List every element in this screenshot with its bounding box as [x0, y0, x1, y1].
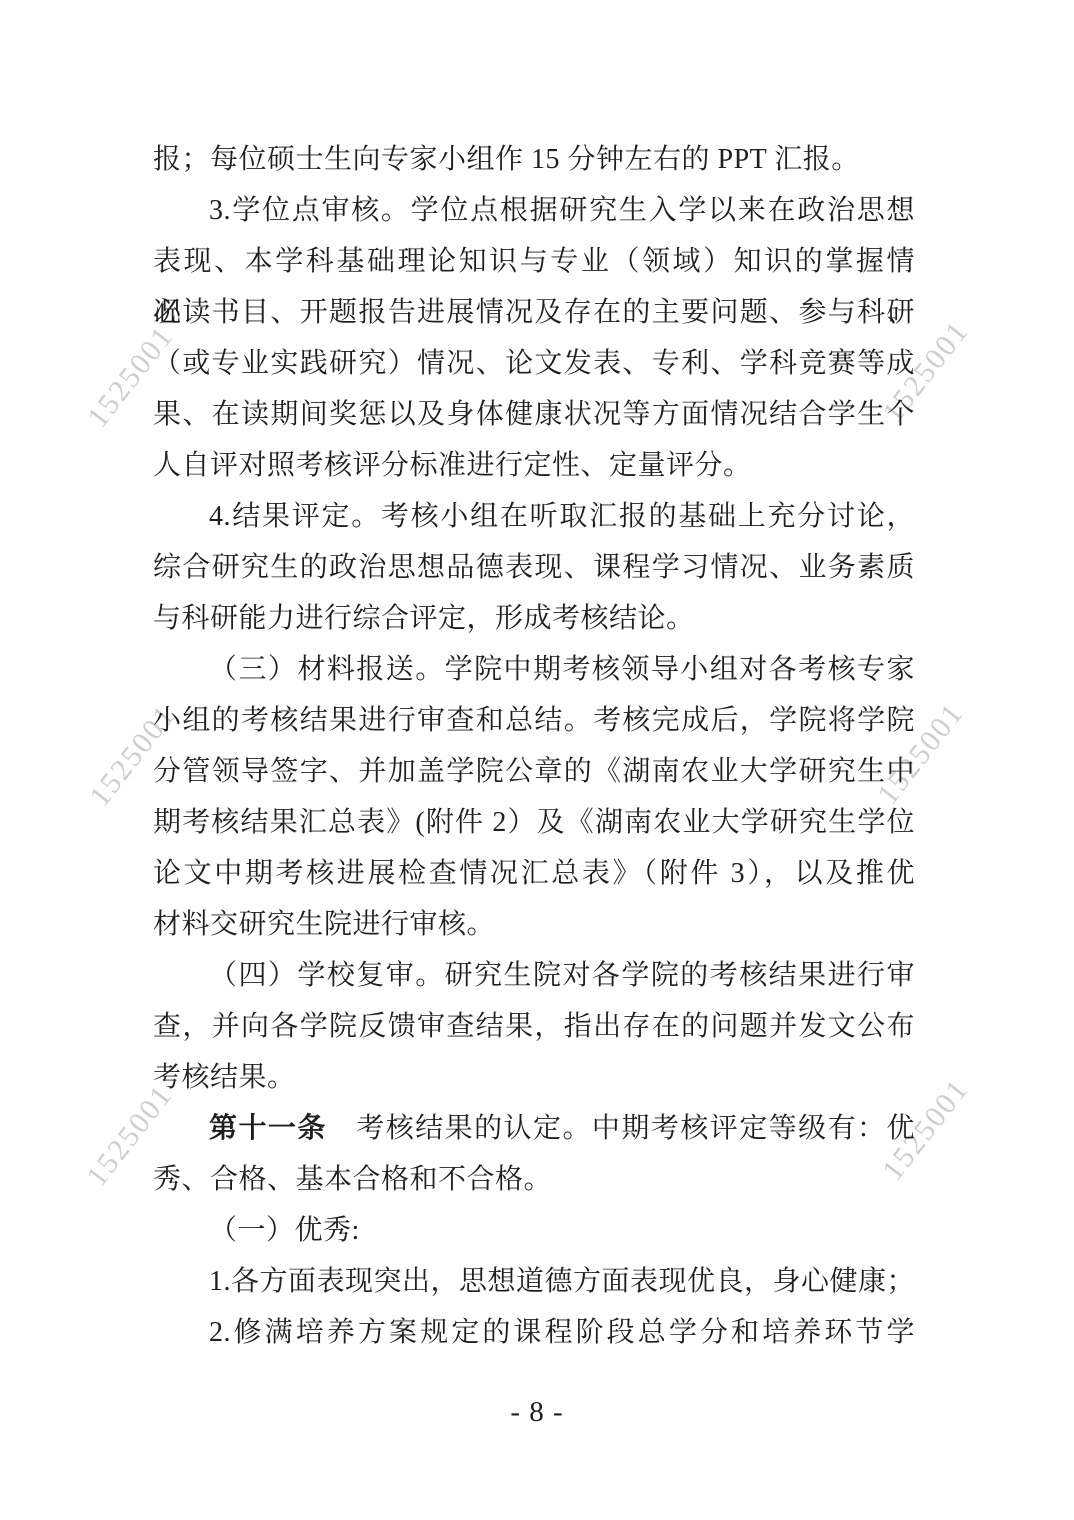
text-line: 必读书目、开题报告进展情况及存在的主要问题、参与科研 [153, 287, 915, 338]
article-number-heading: 第十一条 [209, 1113, 327, 1144]
text-line: 小组的考核结果进行审查和总结。考核完成后，学院将学院 [153, 695, 915, 746]
text-line: 表现、本学科基础理论知识与专业（领域）知识的掌握情况、 [153, 236, 915, 287]
text-line: （三）材料报送。学院中期考核领导小组对各考核专家 [153, 644, 915, 695]
text-line: 查，并向各学院反馈审查结果，指出存在的问题并发文公布 [153, 1001, 915, 1052]
text-line: 论文中期考核进展检查情况汇总表》（附件 3），以及推优 [153, 848, 915, 899]
text-line: 秀、合格、基本合格和不合格。 [153, 1154, 915, 1205]
text-line: 1.各方面表现突出，思想道德方面表现优良，身心健康； [153, 1256, 915, 1307]
text-line: 4.结果评定。考核小组在听取汇报的基础上充分讨论， [153, 491, 915, 542]
text-line: 考核结果。 [153, 1052, 915, 1103]
text-line: 第十一条 考核结果的认定。中期考核评定等级有：优 [153, 1103, 915, 1154]
text-line: 与科研能力进行综合评定，形成考核结论。 [153, 593, 915, 644]
document-page: 1525001 1525001 1525001 1525001 1525001 … [0, 0, 1074, 1520]
text-line: 期考核结果汇总表》(附件 2）及《湖南农业大学研究生学位 [153, 797, 915, 848]
text-line: （一）优秀: [153, 1205, 915, 1256]
text-line: 综合研究生的政治思想品德表现、课程学习情况、业务素质 [153, 542, 915, 593]
document-body: 报；每位硕士生向专家小组作 15 分钟左右的 PPT 汇报。 3.学位点审核。学… [153, 134, 915, 1358]
page-number: - 8 - [0, 1396, 1074, 1429]
text-line: 分管领导签字、并加盖学院公章的《湖南农业大学研究生中 [153, 746, 915, 797]
text-line: （四）学校复审。研究生院对各学院的考核结果进行审 [153, 950, 915, 1001]
text-line: 3.学位点审核。学位点根据研究生入学以来在政治思想 [153, 185, 915, 236]
text-line: 2.修满培养方案规定的课程阶段总学分和培养环节学 [153, 1307, 915, 1358]
text-line: 报；每位硕士生向专家小组作 15 分钟左右的 PPT 汇报。 [153, 134, 915, 185]
article-heading-rest: 考核结果的认定。中期考核评定等级有：优 [327, 1113, 915, 1144]
text-line: （或专业实践研究）情况、论文发表、专利、学科竞赛等成 [153, 338, 915, 389]
text-line: 材料交研究生院进行审核。 [153, 899, 915, 950]
text-line: 人自评对照考核评分标准进行定性、定量评分。 [153, 440, 915, 491]
text-line: 果、在读期间奖惩以及身体健康状况等方面情况结合学生个 [153, 389, 915, 440]
